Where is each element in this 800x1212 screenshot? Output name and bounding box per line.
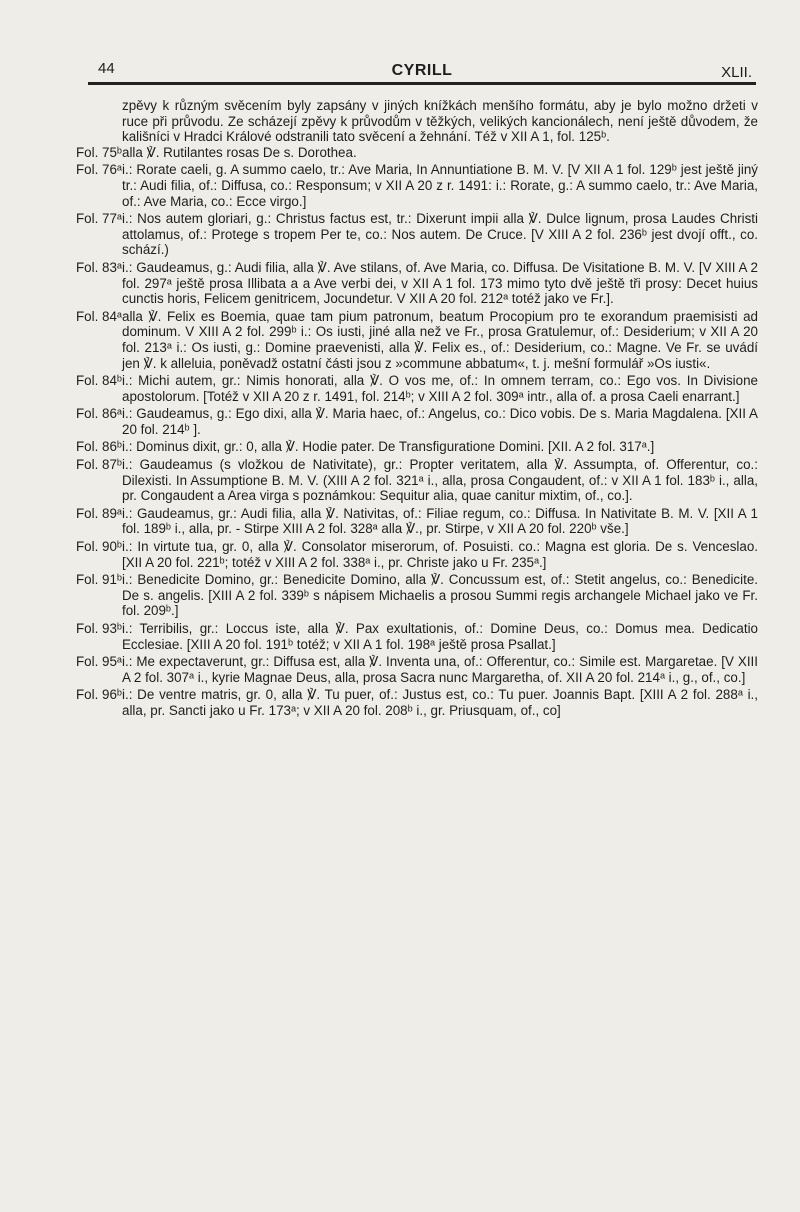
- folio-text: i.: Me expectaverunt, gr.: Diffusa est, …: [122, 654, 758, 685]
- book-page: 44 CYRILL XLII. zpěvy k různým svěcením …: [0, 0, 800, 1212]
- folio-label: Fol. 90ᵇ: [76, 539, 122, 570]
- folio-label: Fol. 93ᵇ: [76, 621, 122, 652]
- folio-label: Fol. 75ᵇ: [76, 145, 122, 161]
- folio-entry: Fol. 75ᵇalla ℣. Rutilantes rosas De s. D…: [76, 145, 758, 161]
- folio-entry: Fol. 95ᵃi.: Me expectaverunt, gr.: Diffu…: [76, 654, 758, 685]
- folio-text: i.: Michi autem, gr.: Nimis honorati, al…: [122, 373, 758, 404]
- folio-entry: Fol. 96ᵇi.: De ventre matris, gr. 0, all…: [76, 687, 758, 718]
- folio-text: i.: Rorate caeli, g. A summo caelo, tr.:…: [122, 162, 758, 209]
- folio-entries: Fol. 75ᵇalla ℣. Rutilantes rosas De s. D…: [76, 145, 758, 719]
- volume-number: XLII.: [721, 64, 752, 81]
- folio-label: Fol. 86ᵃ: [76, 406, 122, 437]
- folio-text: alla ℣. Felix es Boemia, quae tam pium p…: [122, 309, 758, 371]
- folio-label: Fol. 95ᵃ: [76, 654, 122, 685]
- folio-entry: Fol. 84ᵃalla ℣. Felix es Boemia, quae ta…: [76, 309, 758, 371]
- folio-entry: Fol. 83ᵃi.: Gaudeamus, g.: Audi filia, a…: [76, 260, 758, 307]
- folio-label: Fol. 87ᵇ: [76, 457, 122, 504]
- folio-text: i.: Gaudeamus, gr.: Audi filia, alla ℣. …: [122, 506, 758, 537]
- intro-paragraph: zpěvy k různým svěcením byly zapsány v j…: [76, 98, 758, 145]
- page-title: CYRILL: [88, 62, 756, 80]
- folio-text: i.: Nos autem gloriari, g.: Christus fac…: [122, 211, 758, 258]
- folio-label: Fol. 83ᵃ: [76, 260, 122, 307]
- header-rule: [88, 82, 756, 85]
- folio-label: Fol. 91ᵇ: [76, 572, 122, 619]
- folio-entry: Fol. 86ᵇi.: Dominus dixit, gr.: 0, alla …: [76, 439, 758, 455]
- folio-entry: Fol. 89ᵃi.: Gaudeamus, gr.: Audi filia, …: [76, 506, 758, 537]
- folio-text: i.: In virtute tua, gr. 0, alla ℣. Conso…: [122, 539, 758, 570]
- folio-label: Fol. 96ᵇ: [76, 687, 122, 718]
- folio-text: i.: Benedicite Domino, gr.: Benedicite D…: [122, 572, 758, 619]
- folio-entry: Fol. 90ᵇi.: In virtute tua, gr. 0, alla …: [76, 539, 758, 570]
- folio-entry: Fol. 91ᵇi.: Benedicite Domino, gr.: Bene…: [76, 572, 758, 619]
- folio-label: Fol. 84ᵇ: [76, 373, 122, 404]
- folio-text: i.: Dominus dixit, gr.: 0, alla ℣. Hodie…: [122, 439, 758, 455]
- folio-text: i.: Gaudeamus, g.: Ego dixi, alla ℣. Mar…: [122, 406, 758, 437]
- folio-text: i.: Gaudeamus, g.: Audi filia, alla ℣. A…: [122, 260, 758, 307]
- folio-text: i.: Terribilis, gr.: Loccus iste, alla ℣…: [122, 621, 758, 652]
- folio-text: i.: Gaudeamus (s vložkou de Nativitate),…: [122, 457, 758, 504]
- folio-text: i.: De ventre matris, gr. 0, alla ℣. Tu …: [122, 687, 758, 718]
- folio-label: Fol. 89ᵃ: [76, 506, 122, 537]
- folio-entry: Fol. 86ᵃi.: Gaudeamus, g.: Ego dixi, all…: [76, 406, 758, 437]
- folio-label: Fol. 86ᵇ: [76, 439, 122, 455]
- folio-text: alla ℣. Rutilantes rosas De s. Dorothea.: [122, 145, 758, 161]
- folio-entry: Fol. 84ᵇi.: Michi autem, gr.: Nimis hono…: [76, 373, 758, 404]
- folio-label: Fol. 76ᵃ: [76, 162, 122, 209]
- folio-label: Fol. 77ᵃ: [76, 211, 122, 258]
- folio-label: Fol. 84ᵃ: [76, 309, 122, 371]
- running-header: 44 CYRILL XLII.: [88, 58, 756, 84]
- folio-entry: Fol. 93ᵇi.: Terribilis, gr.: Loccus iste…: [76, 621, 758, 652]
- folio-entry: Fol. 76ᵃi.: Rorate caeli, g. A summo cae…: [76, 162, 758, 209]
- folio-entry: Fol. 77ᵃi.: Nos autem gloriari, g.: Chri…: [76, 211, 758, 258]
- folio-entry: Fol. 87ᵇi.: Gaudeamus (s vložkou de Nati…: [76, 457, 758, 504]
- page-body: zpěvy k různým svěcením byly zapsány v j…: [76, 98, 758, 721]
